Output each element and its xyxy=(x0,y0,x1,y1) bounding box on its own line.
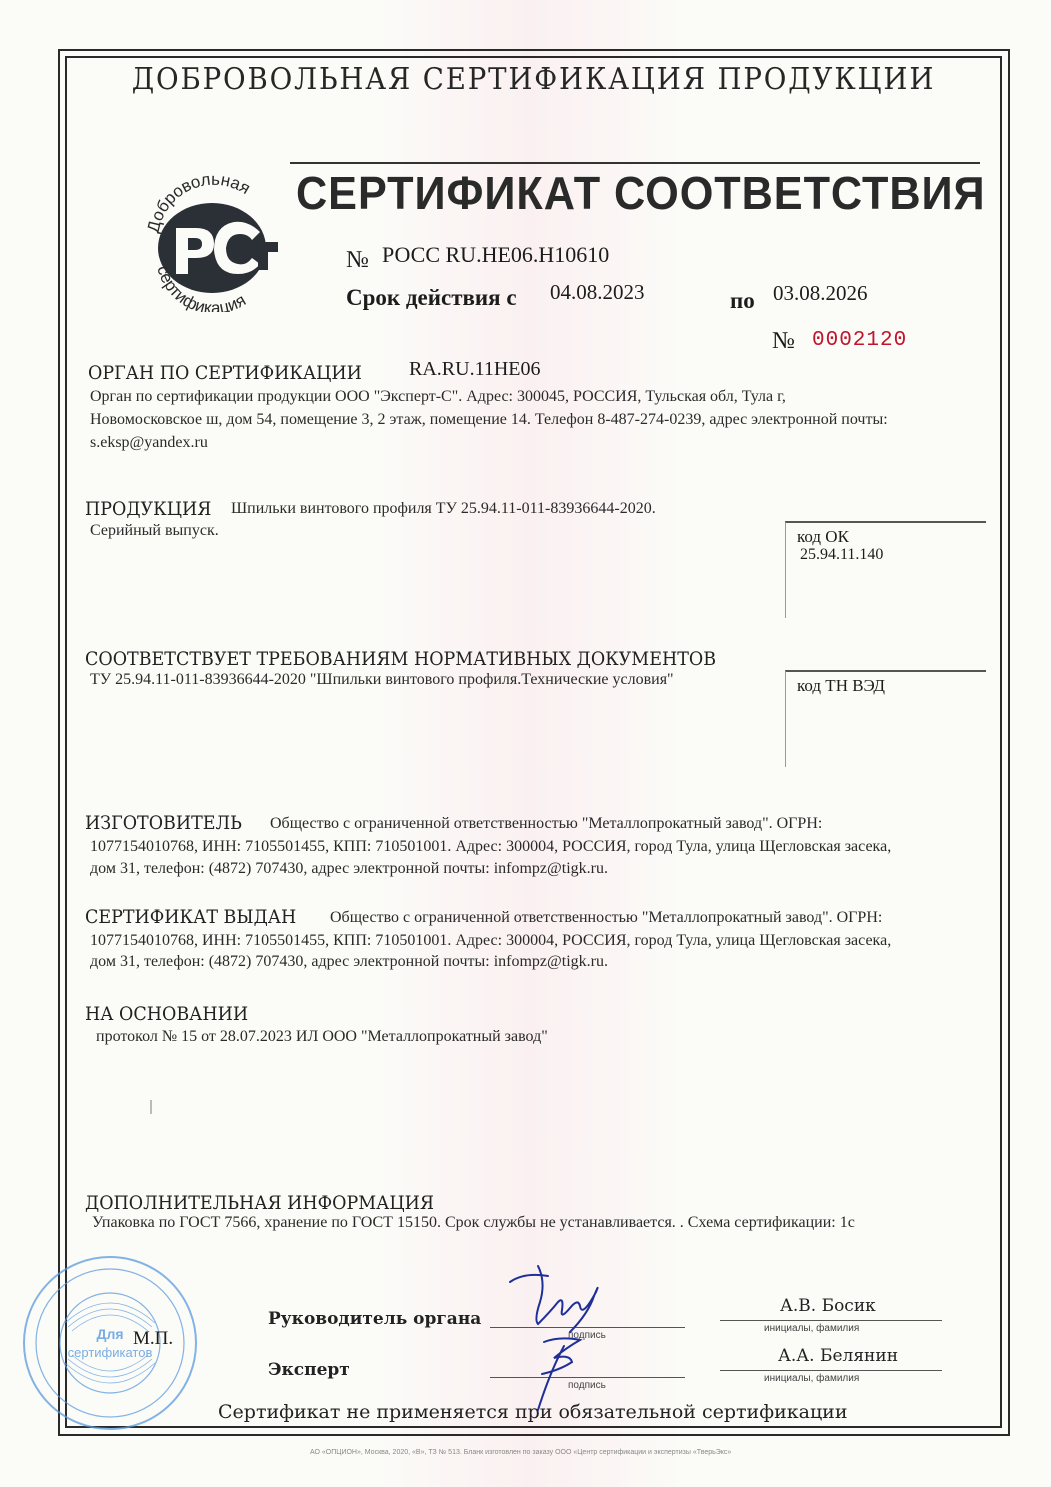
additional-info-text: Упаковка по ГОСТ 7566, хранение по ГОСТ … xyxy=(92,1214,855,1232)
head-of-body-label: Руководитель органа xyxy=(268,1309,481,1329)
basis-protocol: протокол № 15 от 28.07.2023 ИЛ ООО "Мета… xyxy=(96,1028,548,1046)
ok-code-box: код ОК 25.94.11.140 xyxy=(785,521,986,618)
certification-body-line: Новомосковское ш, дом 54, помещение 3, 2… xyxy=(90,411,888,429)
expert-label: Эксперт xyxy=(268,1360,350,1380)
printer-imprint: АО «ОПЦИОН», Москва, 2020, «В», ТЗ № 513… xyxy=(310,1449,731,1456)
rst-voluntary-certification-logo-icon: Добровольная сертификация xyxy=(138,162,288,312)
tn-ved-code-box: код ТН ВЭД xyxy=(785,670,986,767)
ok-code-label: код ОК xyxy=(797,527,849,547)
certificate-title: СЕРТИФИКАТ СООТВЕТСТВИЯ xyxy=(296,166,986,220)
tn-ved-code-label: код ТН ВЭД xyxy=(797,676,885,696)
certification-body-email: s.eksp@yandex.ru xyxy=(90,434,208,452)
certification-body-heading: ОРГАН ПО СЕРТИФИКАЦИИ xyxy=(88,362,362,384)
manufacturer-line: Общество с ограниченной ответственностью… xyxy=(270,815,822,833)
issued-to-line: 1077154010768, ИНН: 7105501455, КПП: 710… xyxy=(90,932,891,950)
svg-text:Для: Для xyxy=(96,1326,123,1342)
additional-info-heading: ДОПОЛНИТЕЛЬНАЯ ИНФОРМАЦИЯ xyxy=(85,1192,434,1214)
handwritten-signature-icon xyxy=(500,1262,620,1412)
stamp-place-label: М.П. xyxy=(133,1328,173,1350)
certification-body-code: RA.RU.11HE06 xyxy=(409,358,540,381)
valid-to-label: по xyxy=(730,288,755,314)
valid-to-date: 03.08.2026 xyxy=(773,281,868,306)
product-release-type: Серийный выпуск. xyxy=(90,522,219,540)
manufacturer-line: 1077154010768, ИНН: 7105501455, КПП: 710… xyxy=(90,838,891,856)
issued-to-line: Общество с ограниченной ответственностью… xyxy=(330,909,882,927)
non-mandatory-disclaimer: Сертификат не применяется при обязательн… xyxy=(218,1401,848,1423)
valid-from-date: 04.08.2023 xyxy=(550,280,645,305)
issued-to-line: дом 31, телефон: (4872) 707430, адрес эл… xyxy=(90,953,608,971)
scan-artifact xyxy=(150,1100,152,1114)
expert-name-line xyxy=(720,1370,942,1371)
issued-to-heading: СЕРТИФИКАТ ВЫДАН xyxy=(85,906,296,928)
conformity-heading: СООТВЕТСТВУЕТ ТРЕБОВАНИЯМ НОРМАТИВНЫХ ДО… xyxy=(85,648,716,670)
expert-name: А.А. Белянин xyxy=(778,1346,898,1366)
ok-code-value: 25.94.11.140 xyxy=(800,546,883,564)
registration-number-label: № xyxy=(346,247,369,274)
manufacturer-heading: ИЗГОТОВИТЕЛЬ xyxy=(85,812,242,834)
product-description: Шпильки винтового профиля ТУ 25.94.11-01… xyxy=(231,500,656,518)
product-heading: ПРОДУКЦИЯ xyxy=(85,498,211,520)
voluntary-certification-title: ДОБРОВОЛЬНАЯ СЕРТИФИКАЦИЯ ПРОДУКЦИИ xyxy=(102,62,964,97)
title-rule xyxy=(290,162,980,164)
certification-body-line: Орган по сертификации продукции ООО "Экс… xyxy=(90,388,786,406)
head-name: А.В. Босик xyxy=(780,1296,980,1316)
serial-number-label: № xyxy=(772,328,795,355)
basis-heading: НА ОСНОВАНИИ xyxy=(85,1003,248,1025)
head-name-caption: инициалы, фамилия xyxy=(764,1323,859,1334)
head-name-line xyxy=(720,1320,942,1321)
registration-number: РОСС RU.HE06.H10610 xyxy=(382,242,609,268)
serial-number: 0002120 xyxy=(812,329,907,352)
manufacturer-line: дом 31, телефон: (4872) 707430, адрес эл… xyxy=(90,860,608,878)
validity-label: Срок действия с xyxy=(346,285,517,311)
expert-name-caption: инициалы, фамилия xyxy=(764,1373,859,1384)
conformity-document: ТУ 25.94.11-011-83936644-2020 "Шпильки в… xyxy=(90,671,674,689)
